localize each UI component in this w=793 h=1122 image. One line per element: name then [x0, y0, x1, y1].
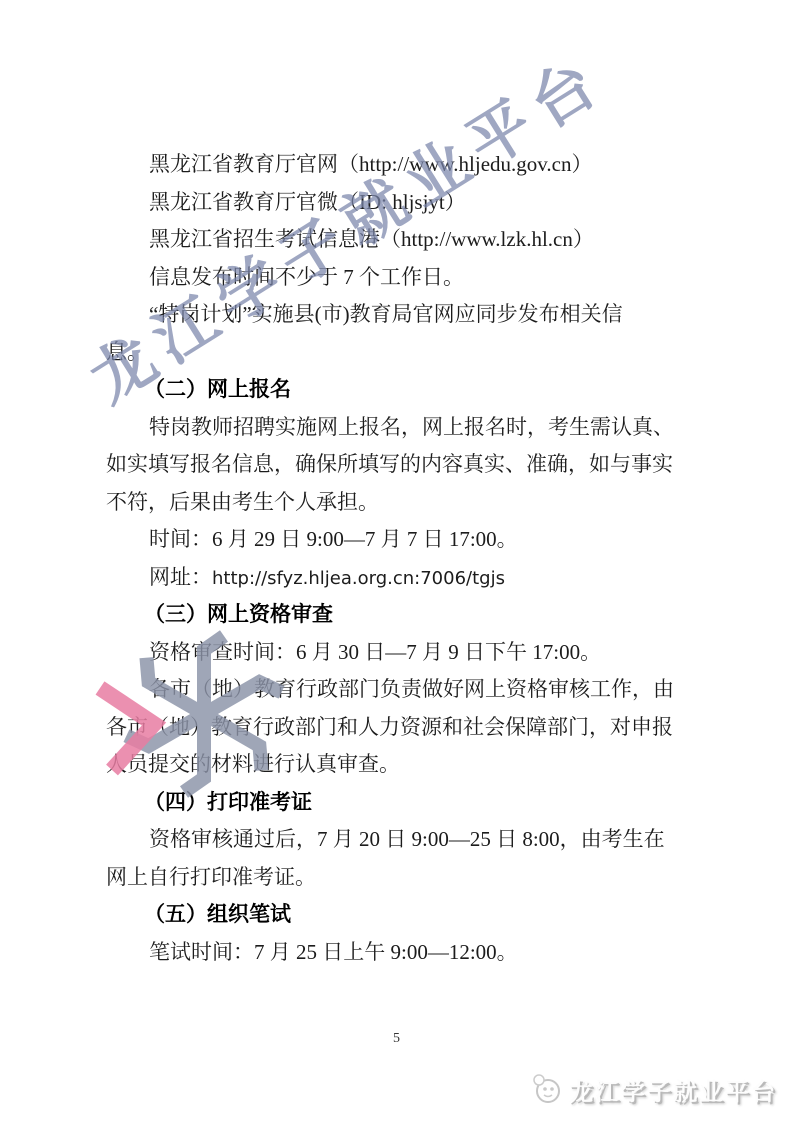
doc-line: 各市（地）教育行政部门负责做好网上资格审核工作，由	[106, 671, 706, 709]
doc-line: 黑龙江省教育厅官微（ID: hljsjyt）	[106, 184, 706, 222]
section-heading-2: （二）网上报名	[106, 371, 706, 409]
doc-line: 黑龙江省教育厅官网（http://www.hljedu.gov.cn）	[106, 146, 706, 184]
doc-line: “特岗计划”实施县(市)教育局官网应同步发布相关信	[106, 296, 706, 334]
website-label: 网址：	[149, 565, 212, 589]
section-heading-4: （四）打印准考证	[106, 784, 706, 822]
document-page: 黑龙江省教育厅官网（http://www.hljedu.gov.cn） 黑龙江省…	[0, 0, 793, 1122]
doc-line: 不符，后果由考生个人承担。	[106, 484, 706, 522]
doc-line: 黑龙江省招生考试信息港（http://www.lzk.hl.cn）	[106, 221, 706, 259]
doc-line: 特岗教师招聘实施网上报名，网上报名时，考生需认真、	[106, 409, 706, 447]
footer-brand-text: 龙江学子就业平台	[569, 1072, 777, 1107]
doc-line: 人员提交的材料进行认真审查。	[106, 746, 706, 784]
doc-line: 信息发布时间不少于 7 个工作日。	[106, 259, 706, 297]
page-number: 5	[0, 1031, 793, 1047]
doc-line: 如实填写报名信息，确保所填写的内容真实、准确，如与事实	[106, 446, 706, 484]
doc-line: 资格审核通过后，7 月 20 日 9:00—25 日 8:00，由考生在	[106, 821, 706, 859]
doc-line: 网上自行打印准考证。	[106, 859, 706, 897]
doc-line: 资格审查时间：6 月 30 日—7 月 9 日下午 17:00。	[106, 634, 706, 672]
doc-line-time: 时间：6 月 29 日 9:00—7 月 7 日 17:00。	[106, 521, 706, 559]
registration-url: http://sfyz.hljea.org.cn:7006/tgjs	[212, 568, 505, 589]
document-body: 黑龙江省教育厅官网（http://www.hljedu.gov.cn） 黑龙江省…	[106, 146, 706, 971]
footer-brand: 龙江学子就业平台	[529, 1069, 777, 1109]
panda-bubble-icon	[529, 1072, 563, 1106]
doc-line: 各市（地）教育行政部门和人力资源和社会保障部门，对申报	[106, 709, 706, 747]
doc-line: 息。	[106, 334, 706, 372]
doc-line-website: 网址：http://sfyz.hljea.org.cn:7006/tgjs	[106, 559, 706, 597]
section-heading-3: （三）网上资格审查	[106, 596, 706, 634]
doc-line: 笔试时间：7 月 25 日上午 9:00—12:00。	[106, 934, 706, 972]
section-heading-5: （五）组织笔试	[106, 896, 706, 934]
